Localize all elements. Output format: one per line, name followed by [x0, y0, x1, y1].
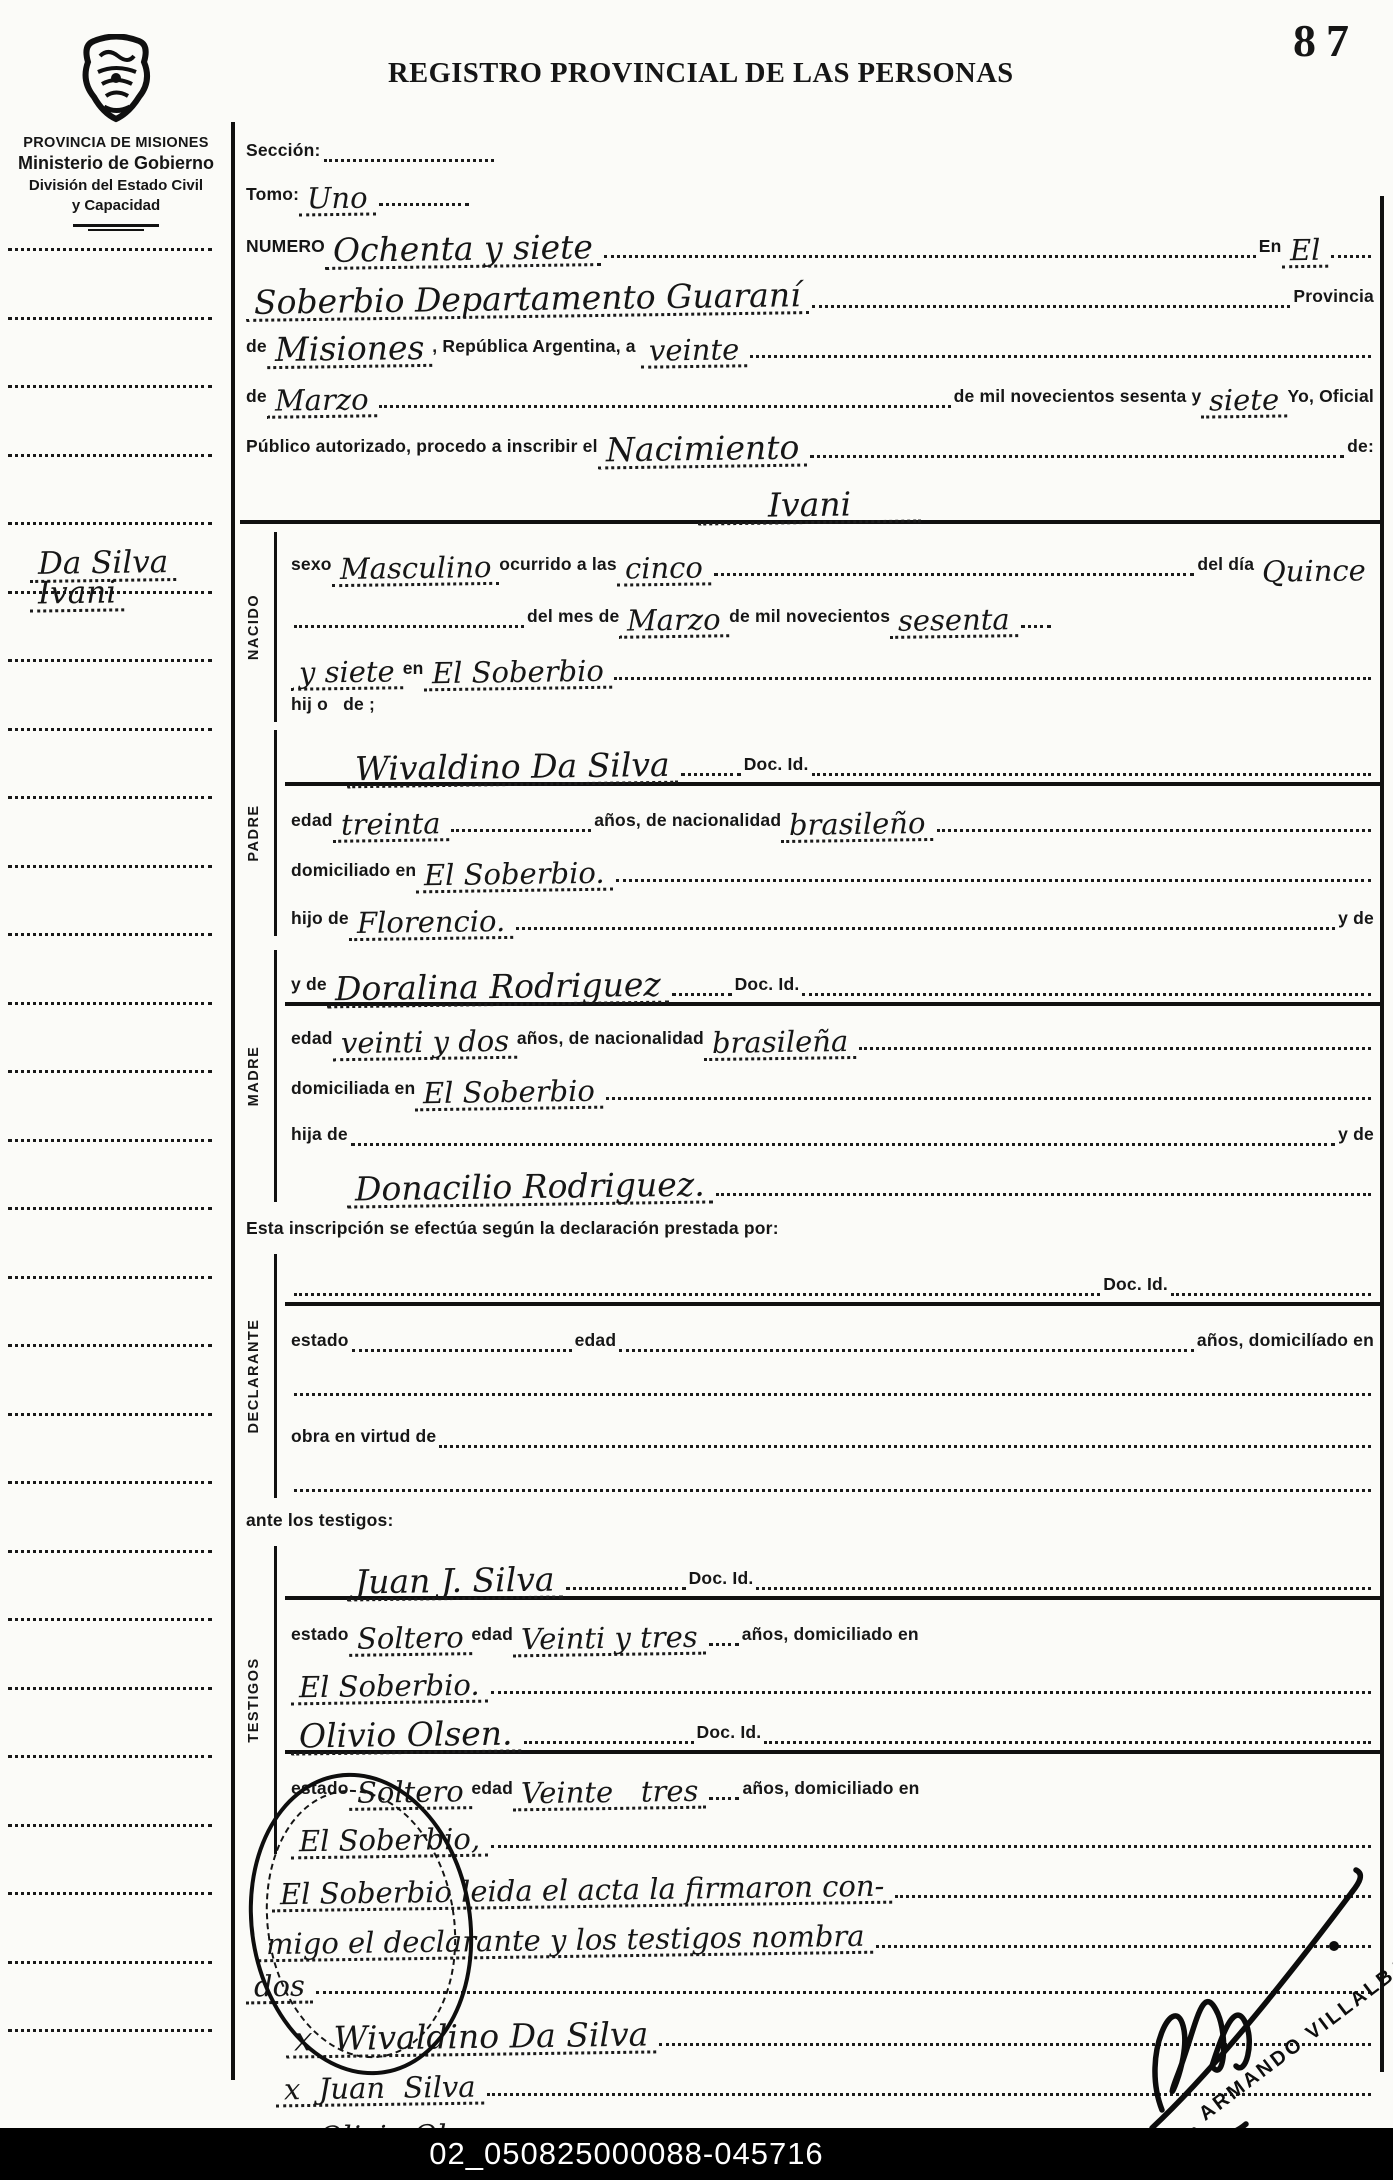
dotted-fill [716, 1193, 1371, 1196]
issuing-office-block: PROVINCIA DE MISIONES Ministerio de Gobi… [0, 34, 232, 231]
testigos-intro-label: ante los testigos: [246, 1510, 394, 1538]
dotted-fill [379, 203, 469, 206]
dotted-fill [614, 677, 1371, 680]
testigo1-nombre-value: Juan J. Silva [347, 1562, 563, 1601]
margin-ruled-line [8, 796, 212, 799]
provincial-crest-icon [78, 34, 154, 124]
seccion-row: Sección: [240, 128, 1380, 168]
sidebar-divider-rule [231, 122, 235, 2080]
madre-nombre-value: Doralina Rodriguez [327, 968, 669, 1009]
dotted-fill [709, 1643, 739, 1646]
margin-ruled-line [8, 1276, 212, 1279]
registry-title: REGISTRO PROVINCIAL DE LAS PERSONAS [388, 58, 1014, 90]
section-nacido-label: NACIDO [246, 594, 262, 660]
margin-ruled-line [8, 1755, 212, 1758]
acto-row: Público autorizado, procedo a inscribir … [240, 414, 1380, 464]
numero-row: NUMERO Ochenta y siete En El [240, 212, 1380, 264]
dotted-fill [352, 1349, 572, 1352]
page-number: 87 [1293, 14, 1359, 67]
hijo-de-label: hij o de ; [291, 694, 375, 722]
abuelo-materno-row: Donacilio Rodriguez. [285, 1152, 1380, 1202]
padre-abuelo-row: hijo de Florencio. y de [285, 888, 1380, 936]
section-testigos: TESTIGOS Juan J. Silva Doc. Id. estado S… [274, 1546, 1380, 1854]
dotted-fill [619, 1349, 1194, 1352]
testigo2-doc-id-label: Doc. Id. [697, 1722, 762, 1750]
dotted-fill [681, 773, 741, 776]
dotted-fill [294, 1293, 1100, 1296]
dotted-fill [516, 927, 1335, 930]
madre-edad-row: edad veinti y dos años, de nacionalidad … [285, 1006, 1380, 1056]
section-declarante: DECLARANTE Doc. Id. estado edad años, do… [274, 1254, 1380, 1498]
dotted-fill [294, 1489, 1371, 1492]
madre-hija-de-label: hija de [291, 1124, 348, 1152]
declarante-edad-label: edad [575, 1330, 617, 1358]
padre-doc-id-label: Doc. Id. [744, 754, 809, 782]
org-ministry: Ministerio de Gobierno [0, 153, 232, 174]
section-testigos-label: TESTIGOS [246, 1657, 262, 1742]
provincia-row: de Misiones , República Argentina, a vei… [240, 314, 1380, 364]
dotted-fill [937, 829, 1371, 832]
section-padre: PADRE Wivaldino Da Silva Doc. Id. edad t… [274, 730, 1380, 936]
testigo2-estado-row: estado Soltero edad Veinte tres años, do… [285, 1754, 1380, 1806]
publico-label: Público autorizado, procedo a inscribir … [246, 436, 598, 464]
org-rule-2 [88, 229, 144, 231]
dotted-fill [859, 1047, 1371, 1050]
sexo-row: sexo Masculino ocurrido a las cinco del … [285, 532, 1380, 582]
madre-y-de-label-2: y de [1338, 1124, 1374, 1152]
dotted-fill [324, 159, 494, 162]
declarante-nombre-row: Doc. Id. [285, 1254, 1380, 1306]
tomo-label: Tomo: [246, 184, 299, 212]
declarante-doc-id-label: Doc. Id. [1103, 1274, 1168, 1302]
padre-hijo-de-label: hijo de [291, 908, 349, 936]
padre-domicilio-row: domiciliado en El Soberbio. [285, 838, 1380, 888]
testigo2-nombre-value: Olivio Olsen. [291, 1716, 521, 1755]
testigo1-doc-id-label: Doc. Id. [689, 1568, 754, 1596]
obra-en-virtud-label: obra en virtud de [291, 1426, 436, 1454]
margin-ruled-line [8, 865, 212, 868]
dotted-fill [379, 405, 950, 408]
margin-ruled-line [8, 1070, 212, 1073]
dotted-fill [604, 255, 1256, 258]
seccion-label: Sección: [246, 140, 321, 168]
margin-ruled-line [8, 1892, 212, 1895]
section-madre-label: MADRE [246, 1046, 262, 1107]
madre-domicilio-row: domiciliada en El Soberbio [285, 1056, 1380, 1106]
org-province: PROVINCIA DE MISIONES [0, 135, 232, 151]
madre-edad-label: edad [291, 1028, 333, 1056]
en-label: En [1259, 236, 1282, 264]
margin-ruled-line [8, 1618, 212, 1621]
mes-label: del mes de [527, 606, 619, 634]
dotted-fill [714, 573, 1195, 576]
dotted-fill [756, 1587, 1371, 1590]
numero-label: NUMERO [246, 236, 325, 264]
dotted-fill [294, 625, 524, 628]
dotted-fill [566, 1587, 686, 1590]
org-division: División del Estado Civil [0, 177, 232, 194]
dotted-fill [672, 993, 732, 996]
margin-ruled-line [8, 522, 212, 525]
declarante-obra-row: obra en virtud de [285, 1402, 1380, 1454]
dotted-fill [439, 1445, 1371, 1448]
padre-nombre-value: Wivaldino Da Silva [347, 748, 678, 789]
dotted-fill [812, 305, 1291, 308]
testigo2-domicilio-label: años, domiciliado en [742, 1778, 919, 1806]
madre-y-de-label: y de [291, 974, 327, 1002]
de-label-3: de: [1347, 436, 1374, 464]
republica-label: , República Argentina, a [432, 336, 641, 364]
section-declarante-label: DECLARANTE [246, 1319, 262, 1434]
declarante-blank-row [285, 1358, 1380, 1402]
lugar-nacimiento-row: y siete en El Soberbio [285, 634, 1380, 686]
dotted-fill [1331, 255, 1371, 258]
padre-domicilio-label: domiciliado en [291, 860, 416, 888]
madre-doc-id-label: Doc. Id. [735, 974, 800, 1002]
margin-ruled-line [8, 1002, 212, 1005]
sexo-label: sexo [291, 554, 332, 582]
margin-ruled-line [8, 659, 212, 662]
dia-label: del día [1197, 554, 1254, 582]
dotted-fill [1171, 1293, 1371, 1296]
madre-nombre-row: y de Doralina Rodriguez Doc. Id. [285, 950, 1380, 1006]
testigo2-edad-label: edad [471, 1778, 513, 1806]
margin-ruled-line [8, 1550, 212, 1553]
dotted-fill [524, 1741, 694, 1744]
declarante-domicilio-label: años, domicilíado en [1197, 1330, 1374, 1358]
org-division-2: y Capacidad [0, 197, 232, 214]
margin-ruled-line [8, 1413, 212, 1416]
dotted-fill [491, 1691, 1371, 1694]
dotted-fill [294, 1393, 1371, 1396]
margin-ruled-line [8, 1961, 212, 1964]
fecha-row: de Marzo de mil novecientos sesenta y si… [240, 364, 1380, 414]
mes-nacimiento-row: del mes de Marzo de mil novecientos sese… [285, 582, 1380, 634]
declaracion-intro-label: Esta inscripción se efectúa según la dec… [246, 1218, 779, 1246]
padre-nombre-row: Wivaldino Da Silva Doc. Id. [285, 730, 1380, 786]
margin-ruled-line [8, 728, 212, 731]
padre-edad-label: edad [291, 810, 333, 838]
testigos-intro-row: ante los testigos: [240, 1498, 1380, 1538]
dotted-fill [802, 993, 1371, 996]
testigo1-estado-label: estado [291, 1624, 349, 1652]
dotted-fill [812, 773, 1371, 776]
scanned-birth-certificate: 87 REGISTRO PROVINCIAL DE LAS PERSONAS P… [0, 0, 1393, 2180]
provincia-label: Provincia [1293, 286, 1374, 314]
margin-ruled-line [8, 1481, 212, 1484]
declarante-blank-row-2 [285, 1454, 1380, 1498]
right-border-rule [1380, 196, 1384, 2072]
margin-ruled-line [8, 1207, 212, 1210]
margin-ruled-line [8, 385, 212, 388]
testigo1-domicilio-row: El Soberbio. [285, 1652, 1380, 1700]
inscripto-row: Ivani [240, 464, 1380, 524]
dotted-fill [750, 355, 1371, 358]
madre-nacionalidad-label: años, de nacionalidad [517, 1028, 704, 1056]
padre-nacionalidad-label: años, de nacionalidad [594, 810, 781, 838]
dotted-fill [1021, 625, 1051, 628]
hijo-de-row: hij o de ; [285, 686, 1380, 722]
left-margin-column: PROVINCIA DE MISIONES Ministerio de Gobi… [0, 0, 232, 2128]
en-label-2: en [403, 658, 424, 686]
scan-code-bar: 02_050825000088-045716 [0, 2128, 1393, 2180]
margin-ruled-line [8, 933, 212, 936]
dotted-fill [709, 1797, 739, 1800]
padre-y-de-label: y de [1338, 908, 1374, 936]
scan-code: 02_050825000088-045716 [429, 2136, 823, 2172]
margin-ruled-line [8, 1344, 212, 1347]
anio-label: de mil novecientos sesenta y [954, 386, 1202, 414]
testigo1-estado-row: estado Soltero edad Veinti y tres años, … [285, 1600, 1380, 1652]
declarante-estado-label: estado [291, 1330, 349, 1358]
org-rule [73, 224, 159, 227]
margin-ruled-line [8, 1824, 212, 1827]
inscripto-name: Ivani [698, 486, 922, 525]
lugar-row: Soberbio Departamento Guaraní Provincia [240, 264, 1380, 314]
de-label-2: de [246, 386, 267, 414]
testigo2-nombre-row: Olivio Olsen. Doc. Id. [285, 1700, 1380, 1754]
dotted-fill [351, 1143, 1335, 1146]
section-padre-label: PADRE [246, 804, 262, 861]
madre-domicilio-label: domiciliada en [291, 1078, 415, 1106]
margin-given-name: Ivani [30, 577, 125, 612]
testigo1-nombre-row: Juan J. Silva Doc. Id. [285, 1546, 1380, 1600]
abuelo-paterno-value: Florencio. [349, 907, 514, 941]
dotted-fill [451, 829, 591, 832]
declaracion-intro-row: Esta inscripción se efectúa según la dec… [240, 1202, 1380, 1246]
madre-hija-de-row: hija de y de [285, 1106, 1380, 1152]
dotted-fill [616, 879, 1371, 882]
dotted-fill [810, 455, 1344, 458]
dotted-fill [764, 1741, 1371, 1744]
margin-ruled-line [8, 317, 212, 320]
declarante-estado-row: estado edad años, domicilíado en [285, 1306, 1380, 1358]
ocurrido-label: ocurrido a las [499, 554, 617, 582]
yo-oficial-label: Yo, Oficial [1288, 386, 1374, 414]
testigo1-edad-label: edad [471, 1624, 513, 1652]
official-signature-flourish [1128, 1828, 1384, 2148]
dotted-fill [606, 1097, 1371, 1100]
margin-ruled-line [8, 2029, 212, 2032]
tomo-row: Tomo: Uno [240, 168, 1380, 212]
anio-nacimiento-label: de mil novecientos [729, 606, 890, 634]
section-madre: MADRE y de Doralina Rodriguez Doc. Id. e… [274, 950, 1380, 1202]
margin-ruled-line [8, 1139, 212, 1142]
margin-ruled-line [8, 454, 212, 457]
de-label: de [246, 336, 267, 364]
padre-edad-row: edad treinta años, de nacionalidad brasi… [285, 786, 1380, 838]
margin-ruled-line [8, 248, 212, 251]
testigo1-domicilio-label: años, domiciliado en [742, 1624, 919, 1652]
margin-index-note: Da Silva Ivani [30, 548, 230, 608]
section-nacido: NACIDO sexo Masculino ocurrido a las cin… [274, 532, 1380, 722]
margin-ruled-line [8, 1687, 212, 1690]
